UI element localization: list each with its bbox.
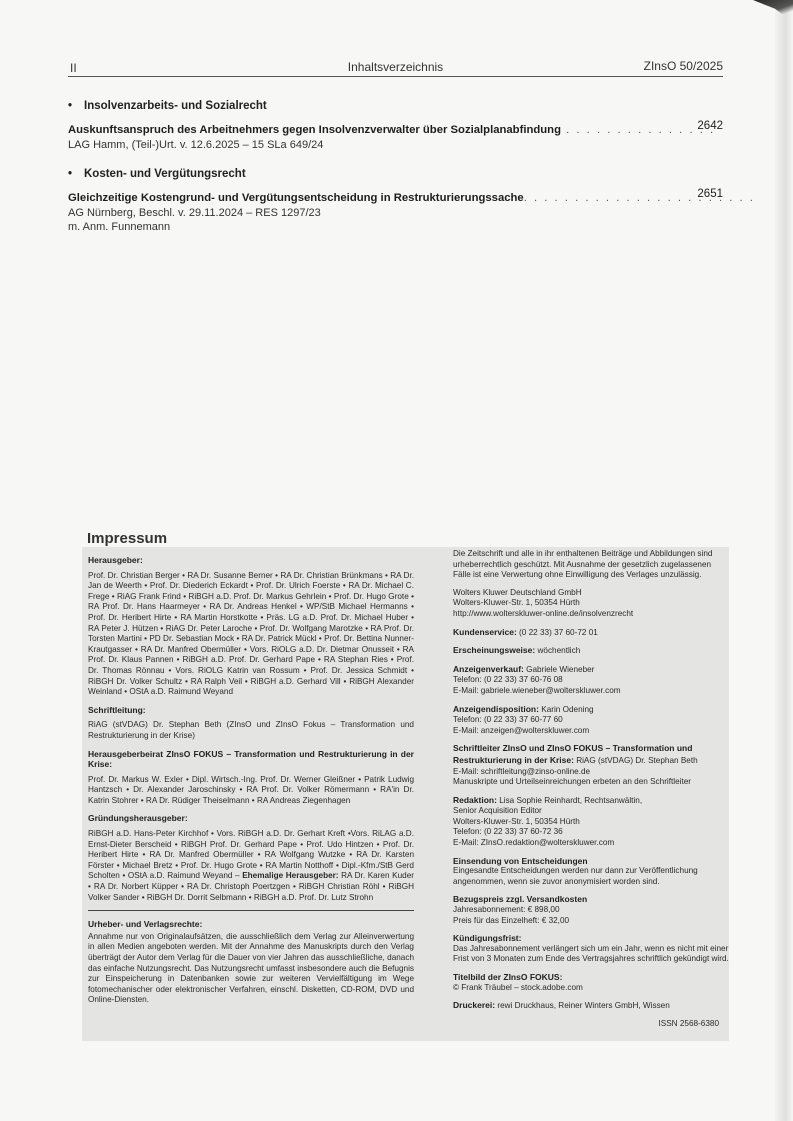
einzelheft-price: Preis für das Einzelheft: € 32,00 [453,916,729,927]
toc-section-label: Kosten- und Vergütungsrecht [84,168,246,180]
bullet-icon: • [68,100,84,112]
jahresabo-price: Jahresabonnement: € 898,00 [453,905,729,916]
gruendung-text: RiBGH a.D. Hans-Peter Kirchhof • Vors. R… [88,829,414,903]
beirat-label: Herausgeberbeirat ZInsO FOKUS – Transfor… [88,749,414,770]
toc-entry: •Insolvenzarbeits- und Sozialrecht Ausku… [68,100,723,152]
einsendung-text: Eingesandte Entscheidungen werden nur da… [453,866,729,887]
bezugspreis-label: Bezugspreis zzgl. Versandkosten [453,894,729,905]
journal-issue: ZInsO 50/2025 [644,59,723,73]
article-title-text: Auskunftsanspruch des Arbeitnehmers gege… [68,124,561,136]
redaktion-name: Lisa Sophie Reinhardt, Rechtsanwältin, [497,796,642,805]
impressum-right-column: Die Zeitschrift und alle in ihr enthalte… [453,549,729,1029]
article-title-text: Gleichzeitige Kostengrund- und Vergütung… [68,192,524,204]
urheber-label: Urheber- und Verlagsrechte: [88,919,414,930]
toc-section-heading: •Insolvenzarbeits- und Sozialrecht [68,100,723,112]
druckerei-label: Druckerei: [453,1000,495,1010]
schriftleiter-email[interactable]: E-Mail: schriftleitung@zinso-online.de [453,767,729,778]
toc-page-number: 2642 [697,120,723,132]
ehemalige-label: Ehemalige Herausgeber: [242,871,338,880]
schriftleiter-note: Manuskripte und Urteilseinreichungen erb… [453,777,729,788]
schriftleiter-name: RiAG (stVDAG) Dr. Stephan Beth [574,756,698,765]
redaktion-role: Senior Acquisition Editor [453,806,729,817]
herausgeber-text: Prof. Dr. Christian Berger • RA Dr. Susa… [88,571,414,698]
gruendung-label: Gründungsherausgeber: [88,813,414,824]
erscheinung-value: wöchentlich [535,646,580,655]
titelbild-credit: © Frank Träubel – stock.adobe.com [453,983,729,994]
herausgeber-label: Herausgeber: [88,555,414,566]
kuendigung-label: Kündigungsfrist: [453,933,729,944]
toc-citation: AG Nürnberg, Beschl. v. 29.11.2024 – RES… [68,206,723,220]
anzeigendispo-label: Anzeigendisposition: [453,704,539,714]
anzeigenverkauf-email[interactable]: E-Mail: gabriele.wieneber@wolterskluwer.… [453,686,729,697]
toc-citation: LAG Hamm, (Teil-)Urt. v. 12.6.2025 – 15 … [68,138,723,152]
toc-article-title[interactable]: Gleichzeitige Kostengrund- und Vergütung… [68,192,723,204]
redaktion-label: Redaktion: [453,795,497,805]
beirat-text: Prof. Dr. Markus W. Exler • Dipl. Wirtsc… [88,775,414,807]
section-title: Inhaltsverzeichnis [68,60,723,74]
schriftleitung-label: Schriftleitung: [88,705,414,716]
publisher-url[interactable]: http://www.wolterskluwer-online.de/insol… [453,609,729,620]
impressum-left-column: Herausgeber: Prof. Dr. Christian Berger … [88,555,414,1013]
redaktion-phone: Telefon: (0 22 33) 37 60-72 36 [453,827,729,838]
toc-section-label: Insolvenzarbeits- und Sozialrecht [84,100,267,112]
publisher-address: Wolters-Kluwer-Str. 1, 50354 Hürth [453,598,729,609]
anzeigendispo-phone: Telefon: (0 22 33) 37 60-77 60 [453,715,729,726]
urheber-text: Annahme nur von Originalaufsätzen, die a… [88,932,414,1006]
running-header: II Inhaltsverzeichnis ZInsO 50/2025 [68,58,723,77]
erscheinung-label: Erscheinungsweise: [453,645,535,655]
redaktion-email[interactable]: E-Mail: ZInsO.redaktion@wolterskluwer.co… [453,838,729,849]
schriftleitung-text: RiAG (stVDAG) Dr. Stephan Beth (ZInsO un… [88,720,414,741]
redaktion-address: Wolters-Kluwer-Str. 1, 50354 Hürth [453,817,729,828]
toc-entry: •Kosten- und Vergütungsrecht Gleichzeiti… [68,168,723,234]
issn: ISSN 2568-6380 [453,1019,719,1030]
leader-dots: . . . . . . . . . . . . . . . [561,124,715,136]
einsendung-label: Einsendung von Entscheidungen [453,856,729,867]
toc-page-number: 2651 [697,188,723,200]
kuendigung-text: Das Jahresabonnement verlängert sich um … [453,944,729,965]
divider [88,910,414,911]
copyright-notice: Die Zeitschrift und alle in ihr enthalte… [453,549,729,581]
anzeigendispo-name: Karin Odening [539,705,594,714]
anzeigenverkauf-label: Anzeigenverkauf: [453,664,524,674]
anzeigenverkauf-name: Gabriele Wieneber [524,665,595,674]
anzeigenverkauf-phone: Telefon: (0 22 33) 37 60-76 08 [453,675,729,686]
bullet-icon: • [68,168,84,180]
titelbild-label: Titelbild der ZInsO FOKUS: [453,972,729,983]
druckerei-value: rewi Druckhaus, Reiner Winters GmbH, Wis… [495,1001,670,1010]
page-edge-shadow [775,0,793,1121]
toc-article-title[interactable]: Auskunftsanspruch des Arbeitnehmers gege… [68,124,723,136]
toc-section-heading: •Kosten- und Vergütungsrecht [68,168,723,180]
impressum-heading: Impressum [87,530,167,547]
kundenservice-phone: (0 22 33) 37 60-72 01 [517,628,598,637]
toc-annotation: m. Anm. Funnemann [68,220,723,234]
kundenservice-label: Kundenservice: [453,627,517,637]
anzeigendispo-email[interactable]: E-Mail: anzeigen@wolterskluwer.com [453,726,729,737]
publisher-name: Wolters Kluwer Deutschland GmbH [453,588,729,599]
